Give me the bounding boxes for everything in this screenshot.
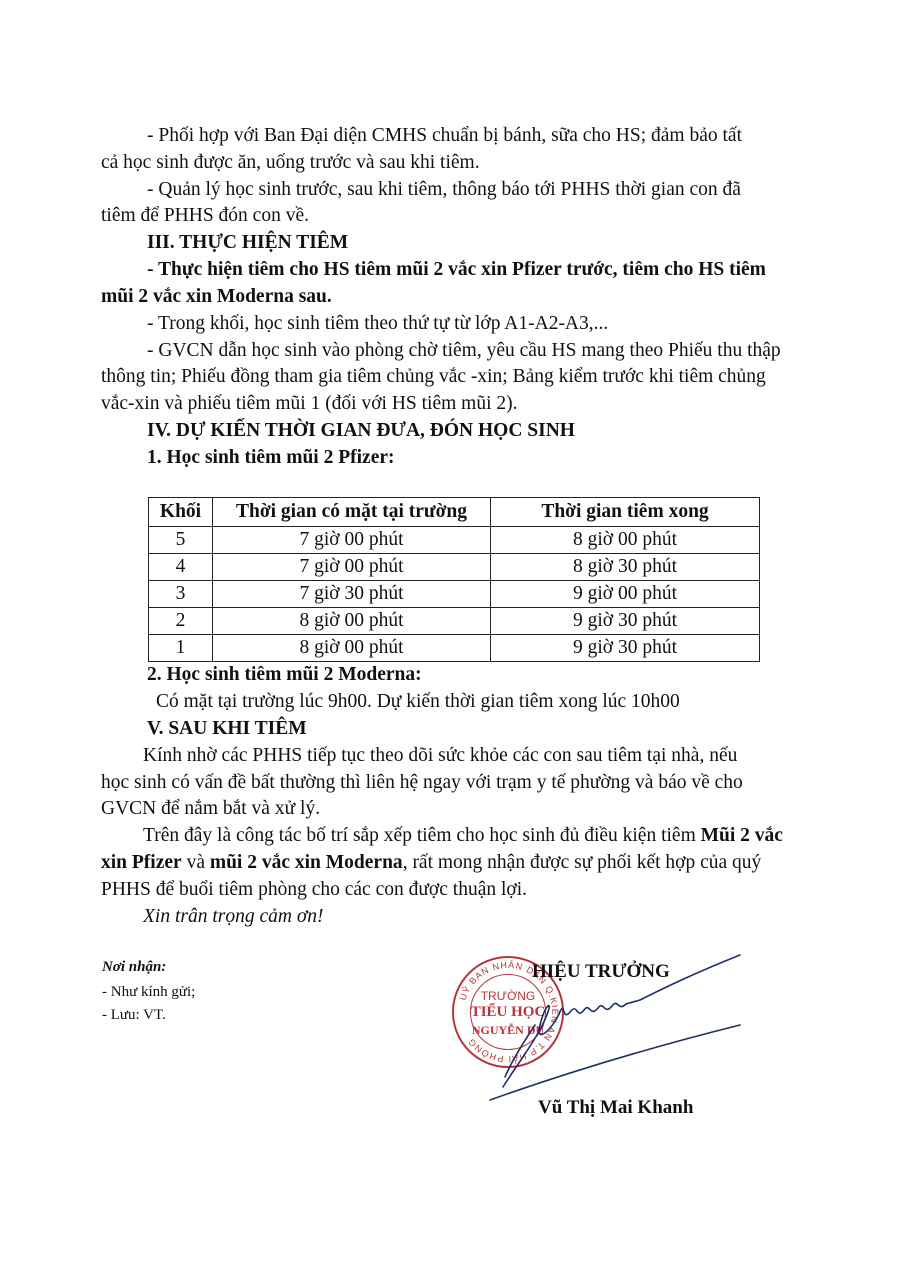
paragraph-line: thông tin; Phiếu đồng tham gia tiêm chủn… [101, 365, 766, 389]
paragraph-line: - Trong khối, học sinh tiêm theo thứ tự … [147, 312, 608, 336]
paragraph-line: - Quản lý học sinh trước, sau khi tiêm, … [147, 178, 741, 202]
section-heading-5: V. SAU KHI TIÊM [147, 717, 307, 741]
paragraph-line: vắc-xin và phiếu tiêm mũi 1 (đối với HS … [101, 392, 518, 416]
thanks-line: Xin trân trọng cảm ơn! [143, 905, 323, 929]
signatory-title: HIỆU TRƯỞNG [532, 960, 670, 984]
closing-text: , rất mong nhận được sự phối kết hợp của… [403, 852, 762, 873]
table-cell: 9 giờ 30 phút [491, 608, 760, 635]
closing-text: và [182, 852, 210, 873]
recipient-item: - Lưu: VT. [102, 1004, 166, 1026]
signatory-name: Vũ Thị Mai Khanh [538, 1096, 693, 1120]
stamp-line: TRƯỜNG [454, 989, 562, 1003]
paragraph-line-bold: mũi 2 vắc xin Moderna sau. [101, 285, 332, 309]
paragraph-line-bold: - Thực hiện tiêm cho HS tiêm mũi 2 vắc x… [147, 258, 766, 282]
table-row: 18 giờ 00 phút9 giờ 30 phút [149, 635, 760, 662]
paragraph-line: Kính nhờ các PHHS tiếp tục theo dõi sức … [143, 744, 737, 768]
table-row: 57 giờ 00 phút8 giờ 00 phút [149, 527, 760, 554]
recipients-label: Nơi nhận: [102, 956, 166, 978]
subheading-moderna: 2. Học sinh tiêm mũi 2 Moderna: [147, 663, 422, 687]
paragraph-line: học sinh có vấn đề bất thường thì liên h… [101, 771, 743, 795]
stamp-line: NGUYỄN DU [454, 1023, 562, 1038]
table-cell: 8 giờ 00 phút [491, 527, 760, 554]
table-cell: 9 giờ 30 phút [491, 635, 760, 662]
table-cell: 2 [149, 608, 213, 635]
table-row: 37 giờ 30 phút9 giờ 00 phút [149, 581, 760, 608]
closing-bold: Mũi 2 vắc [701, 825, 783, 846]
document-page: - Phối hợp với Ban Đại diện CMHS chuẩn b… [0, 0, 900, 1268]
paragraph-line: - Phối hợp với Ban Đại diện CMHS chuẩn b… [147, 124, 742, 148]
closing-bold: xin Pfizer [101, 852, 182, 873]
table-cell: 4 [149, 554, 213, 581]
closing-line: PHHS để buổi tiêm phòng cho các con được… [101, 878, 527, 902]
paragraph-line: - GVCN dẫn học sinh vào phòng chờ tiêm, … [147, 339, 781, 363]
closing-bold: mũi 2 vắc xin Moderna [210, 852, 403, 873]
recipient-item: - Như kính gửi; [102, 981, 195, 1003]
table-cell: 8 giờ 00 phút [213, 635, 491, 662]
table-header-row: Khối Thời gian có mặt tại trường Thời gi… [149, 498, 760, 527]
table-row: 28 giờ 00 phút9 giờ 30 phút [149, 608, 760, 635]
paragraph-line: GVCN để nắm bắt và xử lý. [101, 797, 320, 821]
paragraph-line: cả học sinh được ăn, uống trước và sau k… [101, 151, 480, 175]
table-cell: 3 [149, 581, 213, 608]
subheading-pfizer: 1. Học sinh tiêm mũi 2 Pfizer: [147, 446, 395, 470]
closing-line: xin Pfizer và mũi 2 vắc xin Moderna, rất… [101, 851, 761, 875]
stamp-line: TIỂU HỌC [454, 1004, 562, 1021]
table-cell: 5 [149, 527, 213, 554]
section-heading-3: III. THỰC HIỆN TIÊM [147, 231, 348, 255]
closing-text: Trên đây là công tác bố trí sắp xếp tiêm… [143, 825, 701, 846]
column-header: Thời gian tiêm xong [491, 498, 760, 527]
schedule-table: Khối Thời gian có mặt tại trường Thời gi… [148, 497, 760, 662]
table-cell: 8 giờ 30 phút [491, 554, 760, 581]
table-cell: 1 [149, 635, 213, 662]
table-cell: 7 giờ 00 phút [213, 527, 491, 554]
table-cell: 9 giờ 00 phút [491, 581, 760, 608]
table-row: 47 giờ 00 phút8 giờ 30 phút [149, 554, 760, 581]
column-header: Khối [149, 498, 213, 527]
section-heading-4: IV. DỰ KIẾN THỜI GIAN ĐƯA, ĐÓN HỌC SINH [147, 419, 575, 443]
table-cell: 7 giờ 00 phút [213, 554, 491, 581]
paragraph-line: tiêm để PHHS đón con về. [101, 204, 309, 228]
table-cell: 7 giờ 30 phút [213, 581, 491, 608]
paragraph-line: Có mặt tại trường lúc 9h00. Dự kiến thời… [156, 690, 680, 714]
table-cell: 8 giờ 00 phút [213, 608, 491, 635]
closing-line: Trên đây là công tác bố trí sắp xếp tiêm… [143, 824, 783, 848]
column-header: Thời gian có mặt tại trường [213, 498, 491, 527]
